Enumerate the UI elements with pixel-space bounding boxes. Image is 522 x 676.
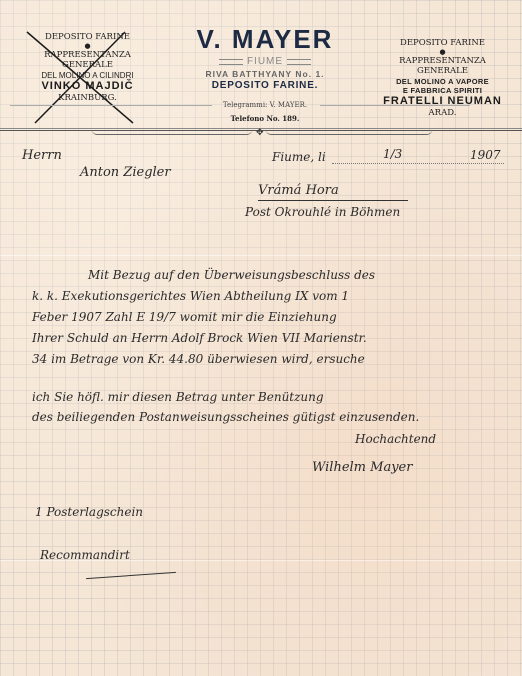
cross-out-mark-icon	[25, 30, 137, 125]
recipient-name: Anton Ziegler	[80, 165, 171, 180]
salutation: Herrn	[22, 148, 62, 163]
telegram-address: Telegrammi: V. MAYER.	[215, 101, 315, 109]
letterhead-center: V. MAYER FIUME RIVA BATTHYANY No. 1. DEP…	[185, 25, 345, 92]
right-line3: DEL MOLINO A VAPORE	[375, 77, 510, 86]
address-line-1: Vrámá Hora	[258, 183, 339, 198]
body-line-3: Feber 1907 Zahl E 19/7 womit mir die Ein…	[32, 310, 337, 324]
body-line-5: 34 im Betrage von Kr. 44.80 überwiesen w…	[32, 352, 365, 366]
flourish-left	[92, 130, 252, 135]
rule-left	[10, 105, 212, 106]
double-rule-right	[287, 59, 311, 65]
date-dotted-line	[332, 163, 504, 164]
enclosure-note: 1 Posterlagschein	[35, 505, 143, 519]
registered-underline	[86, 572, 176, 579]
body-line-1: Mit Bezug auf den Überweisungsbeschluss …	[88, 268, 375, 282]
signature: Wilhelm Mayer	[312, 460, 412, 475]
address: RIVA BATTHYANY No. 1.	[185, 69, 345, 79]
address-underline	[258, 200, 408, 201]
right-line2: RAPPRESENTANZA GENERALE	[375, 56, 510, 76]
registered-note: Recommandirt	[40, 548, 130, 562]
company-name: V. MAYER	[185, 25, 345, 53]
city: FIUME	[247, 56, 283, 68]
telephone-number: Telefono No. 189.	[215, 114, 315, 123]
city-row: FIUME	[185, 56, 345, 68]
right-company-name: FRATELLI NEUMAN	[375, 95, 510, 108]
right-line1: DEPOSITO FARINE	[375, 38, 510, 48]
business-type: DEPOSITO FARINE.	[185, 80, 345, 92]
double-rule-left	[219, 59, 243, 65]
place-label: Fiume, li	[272, 150, 326, 164]
body-line-7: des beiliegenden Postanweisungsscheines …	[32, 410, 419, 424]
fleuron-icon: ✥	[256, 128, 264, 138]
date-year: 1907	[470, 148, 501, 162]
right-bullet: ●	[375, 48, 510, 56]
flourish-right	[266, 130, 432, 135]
body-line-2: k. k. Exekutionsgerichtes Wien Abtheilun…	[32, 289, 349, 303]
date-day-month: 1/3	[383, 147, 402, 161]
letterhead-right: DEPOSITO FARINE ● RAPPRESENTANZA GENERAL…	[375, 38, 510, 118]
body-line-4: Ihrer Schuld an Herrn Adolf Brock Wien V…	[32, 331, 367, 345]
body-line-6: ich Sie höfl. mir diesen Betrag unter Be…	[32, 390, 324, 404]
address-line-2: Post Okrouhlé in Böhmen	[245, 205, 400, 219]
right-city: ARAD.	[375, 108, 510, 118]
right-line4: E FABBRICA SPIRITI	[375, 86, 510, 95]
closing: Hochachtend	[355, 432, 436, 446]
paper-fold	[0, 255, 522, 256]
